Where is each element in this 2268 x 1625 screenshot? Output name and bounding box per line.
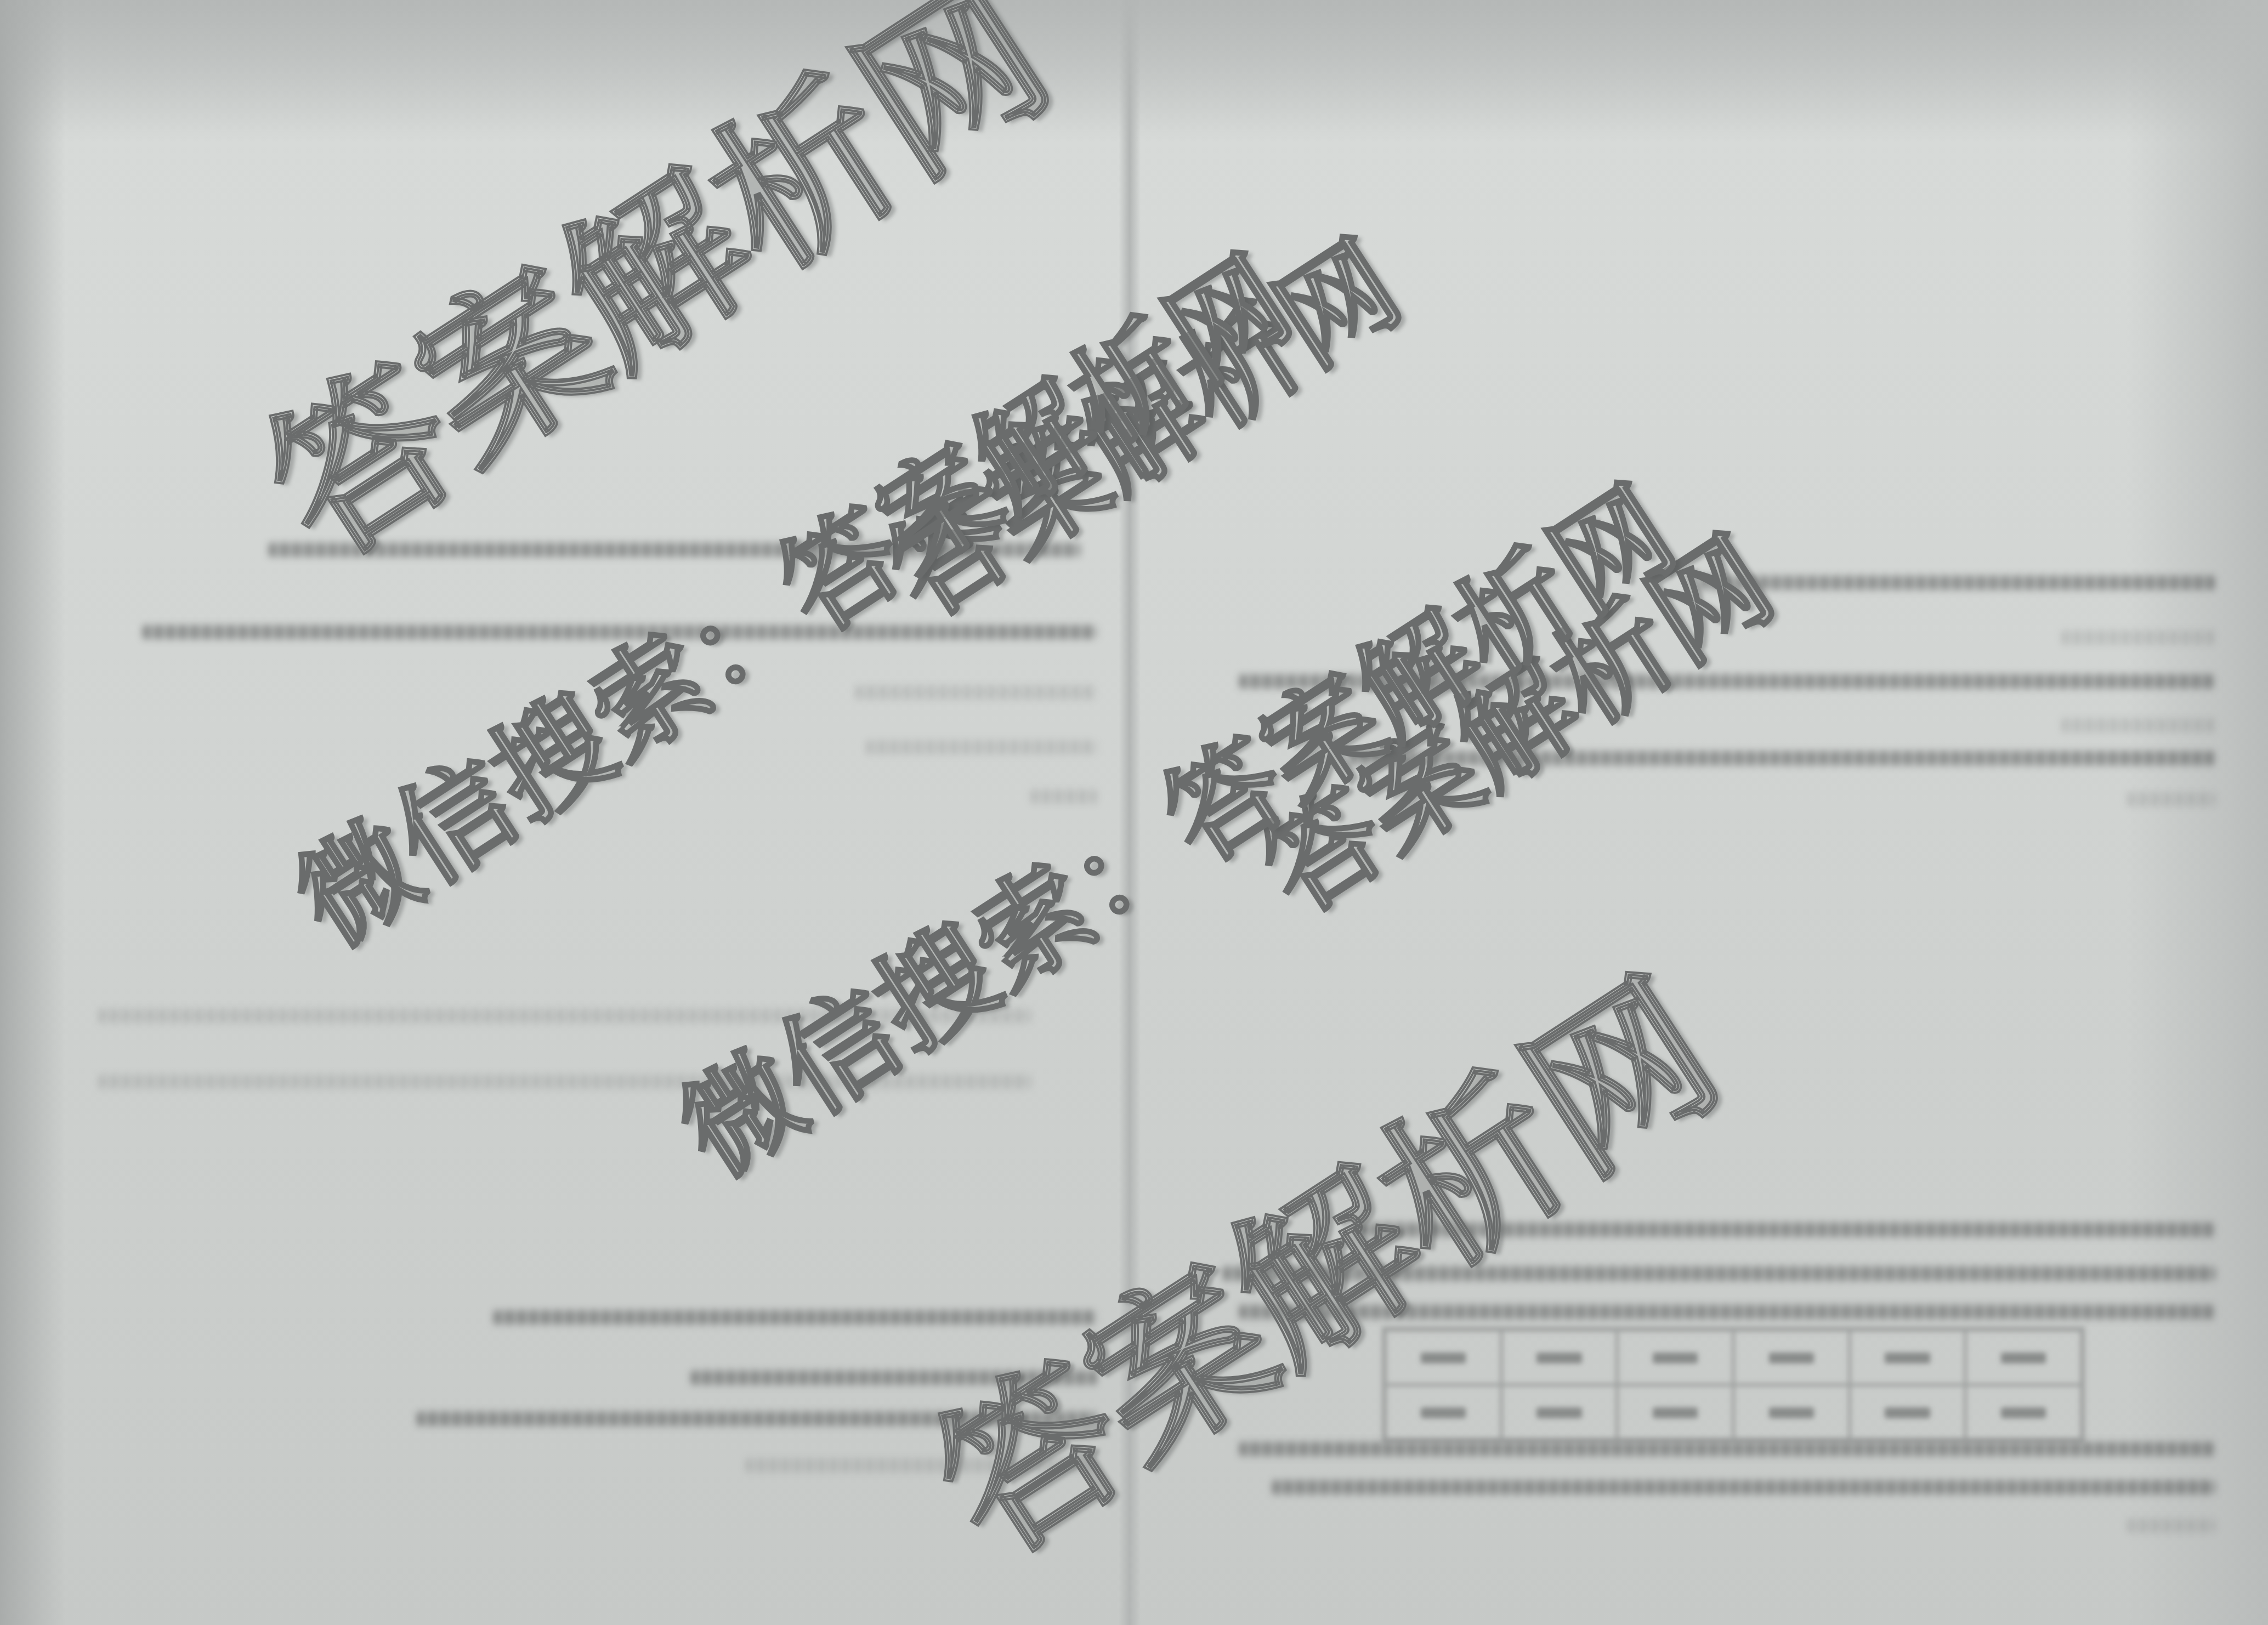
table-cell — [1733, 1385, 1850, 1440]
table-cell — [1617, 1330, 1733, 1385]
data-table — [1382, 1327, 2085, 1443]
question-line — [1700, 576, 2215, 590]
option-line — [2062, 630, 2215, 645]
question-line — [1272, 1480, 2215, 1495]
option-line — [866, 740, 1097, 754]
table-cell — [1965, 1330, 2082, 1385]
table-cell — [1501, 1330, 1618, 1385]
answer-line — [2128, 792, 2215, 806]
table-cell — [1733, 1330, 1850, 1385]
option-line — [855, 685, 1097, 700]
table-cell — [1850, 1330, 1966, 1385]
question-line — [1239, 1442, 2215, 1456]
table-cell — [1965, 1385, 2082, 1440]
answer-line — [2128, 1519, 2215, 1533]
table-cell — [1850, 1385, 1966, 1440]
table-cell — [1385, 1385, 1501, 1440]
table-cell — [1617, 1385, 1733, 1440]
table-cell — [1501, 1385, 1618, 1440]
option-line — [2062, 718, 2215, 732]
